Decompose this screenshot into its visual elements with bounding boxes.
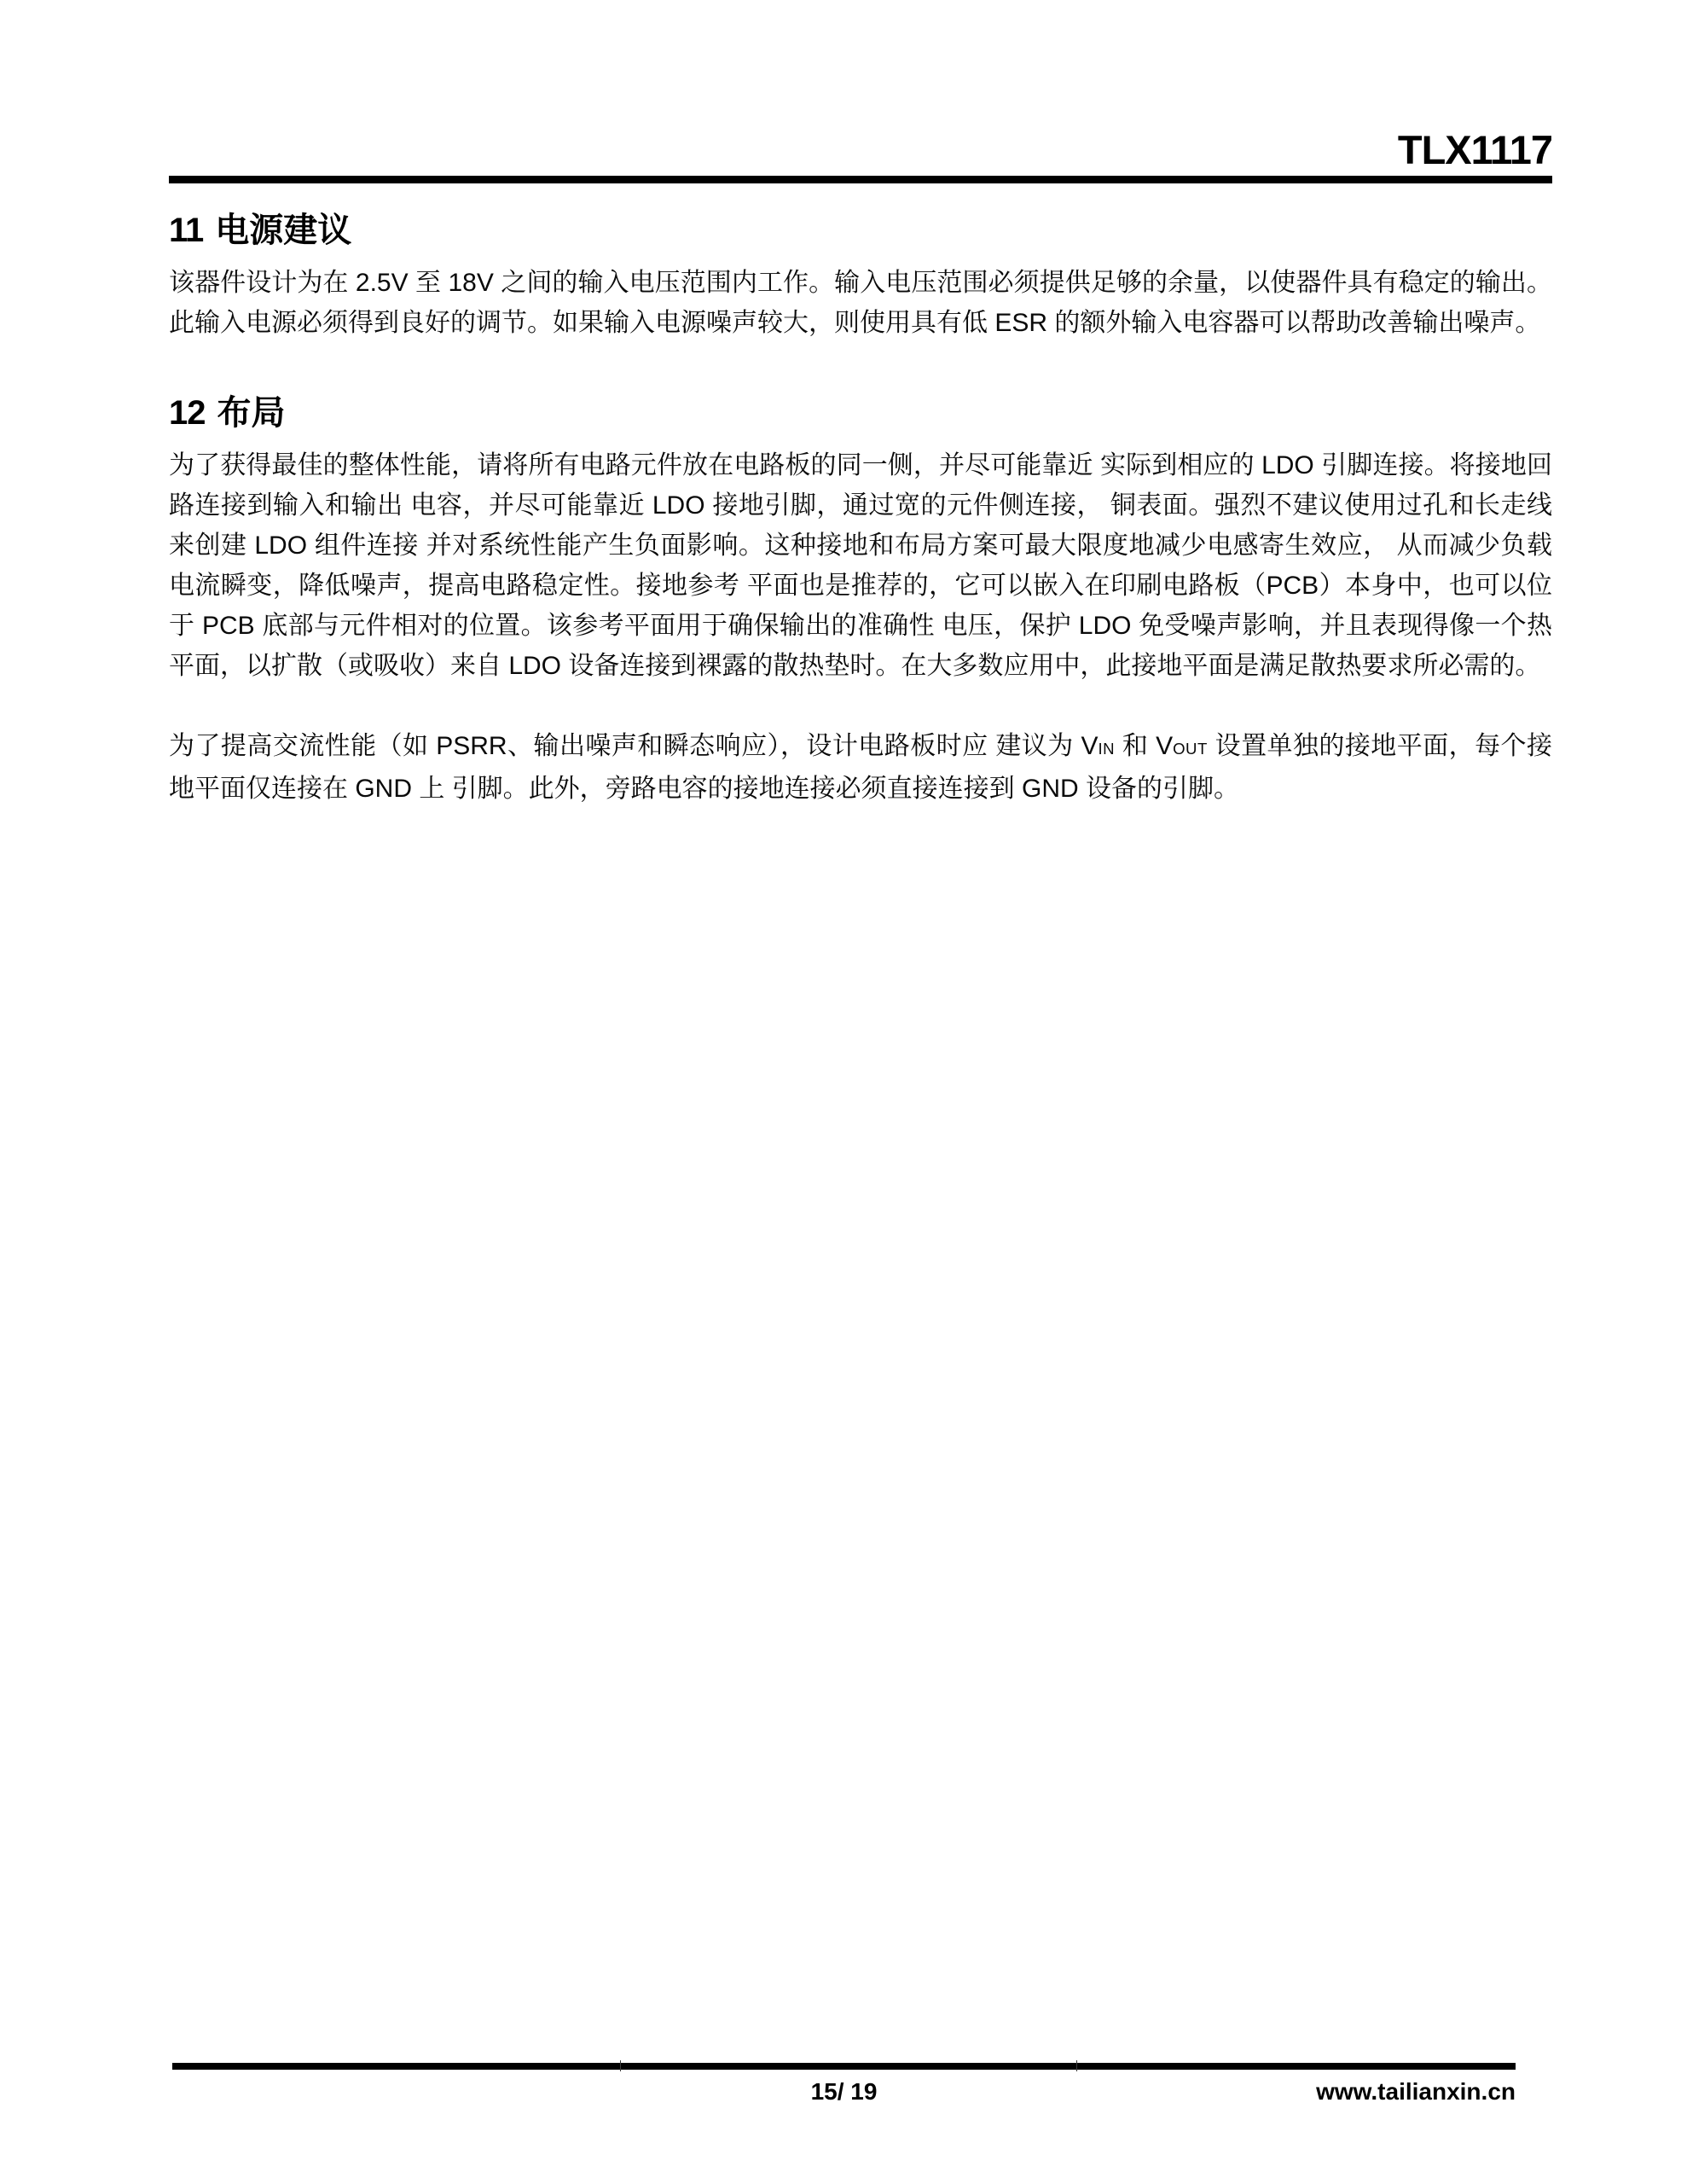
- website-url: www.tailianxin.cn: [1316, 2078, 1516, 2106]
- section-title: 电源建议: [215, 212, 351, 249]
- section-number: 12: [169, 394, 206, 432]
- ac-performance-paragraph: 为了提高交流性能（如 PSRR、输出噪声和瞬态响应），设计电路板时应 建议为 V…: [169, 726, 1552, 809]
- section-heading-layout: 12布局: [169, 391, 1552, 435]
- footer-rule: [172, 2063, 1516, 2070]
- section-title: 布局: [217, 394, 286, 432]
- ac-paragraph-text: 和 V: [1115, 732, 1173, 760]
- layout-paragraph: 为了获得最佳的整体性能，请将所有电路元件放在电路板的同一侧，并尽可能靠近 实际到…: [169, 445, 1552, 686]
- header-rule: [169, 176, 1552, 183]
- power-recommendations-paragraph: 该器件设计为在 2.5V 至 18V 之间的输入电压范围内工作。输入电压范围必须…: [169, 263, 1552, 343]
- vin-subscript-label: IN: [1098, 740, 1115, 758]
- ac-paragraph-text: 为了提高交流性能（如 PSRR、输出噪声和瞬态响应），设计电路板时应 建议为 V: [169, 732, 1098, 760]
- datasheet-page: TLX1117 11电源建议 该器件设计为在 2.5V 至 18V 之间的输入电…: [0, 0, 1687, 2184]
- footer-rule-tick: [620, 2060, 621, 2071]
- page-content: 11电源建议 该器件设计为在 2.5V 至 18V 之间的输入电压范围内工作。输…: [169, 208, 1552, 809]
- page-number: 15/ 19: [172, 2078, 1516, 2106]
- vout-subscript-label: OUT: [1173, 740, 1208, 758]
- document-title: TLX1117: [169, 128, 1552, 172]
- section-number: 11: [169, 212, 203, 249]
- section-heading-power-recommendations: 11电源建议: [169, 208, 1552, 253]
- footer-rule-tick: [1076, 2060, 1077, 2071]
